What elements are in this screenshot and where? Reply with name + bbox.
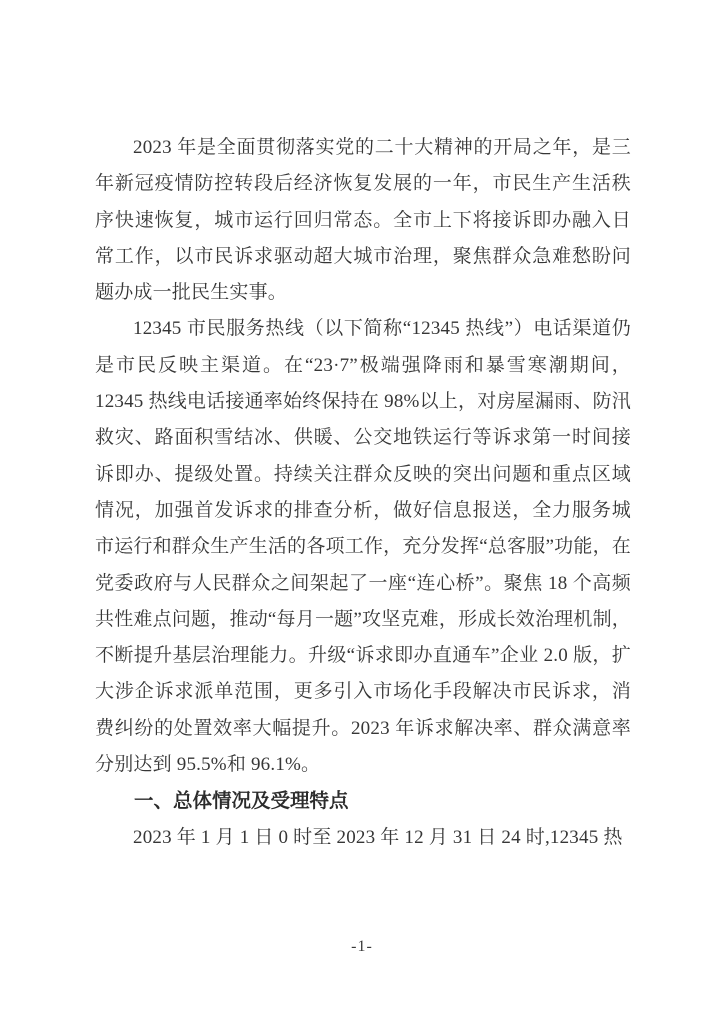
document-content: 2023 年是全面贯彻落实党的二十大精神的开局之年，是三年新冠疫情防控转段后经济… bbox=[95, 130, 631, 856]
section-heading-overall-situation: 一、总体情况及受理特点 bbox=[95, 783, 631, 819]
paragraph-reporting-period: 2023 年 1 月 1 日 0 时至 2023 年 12 月 31 日 24 … bbox=[95, 820, 631, 856]
paragraph-intro-2023: 2023 年是全面贯彻落实党的二十大精神的开局之年，是三年新冠疫情防控转段后经济… bbox=[95, 130, 631, 311]
paragraph-hotline-overview: 12345 市民服务热线（以下简称“12345 热线”）电话渠道仍是市民反映主渠… bbox=[95, 311, 631, 783]
page-number: -1- bbox=[351, 938, 373, 955]
document-page: 2023 年是全面贯彻落实党的二十大精神的开局之年，是三年新冠疫情防控转段后经济… bbox=[0, 0, 724, 1024]
page-footer: -1- bbox=[0, 938, 724, 956]
